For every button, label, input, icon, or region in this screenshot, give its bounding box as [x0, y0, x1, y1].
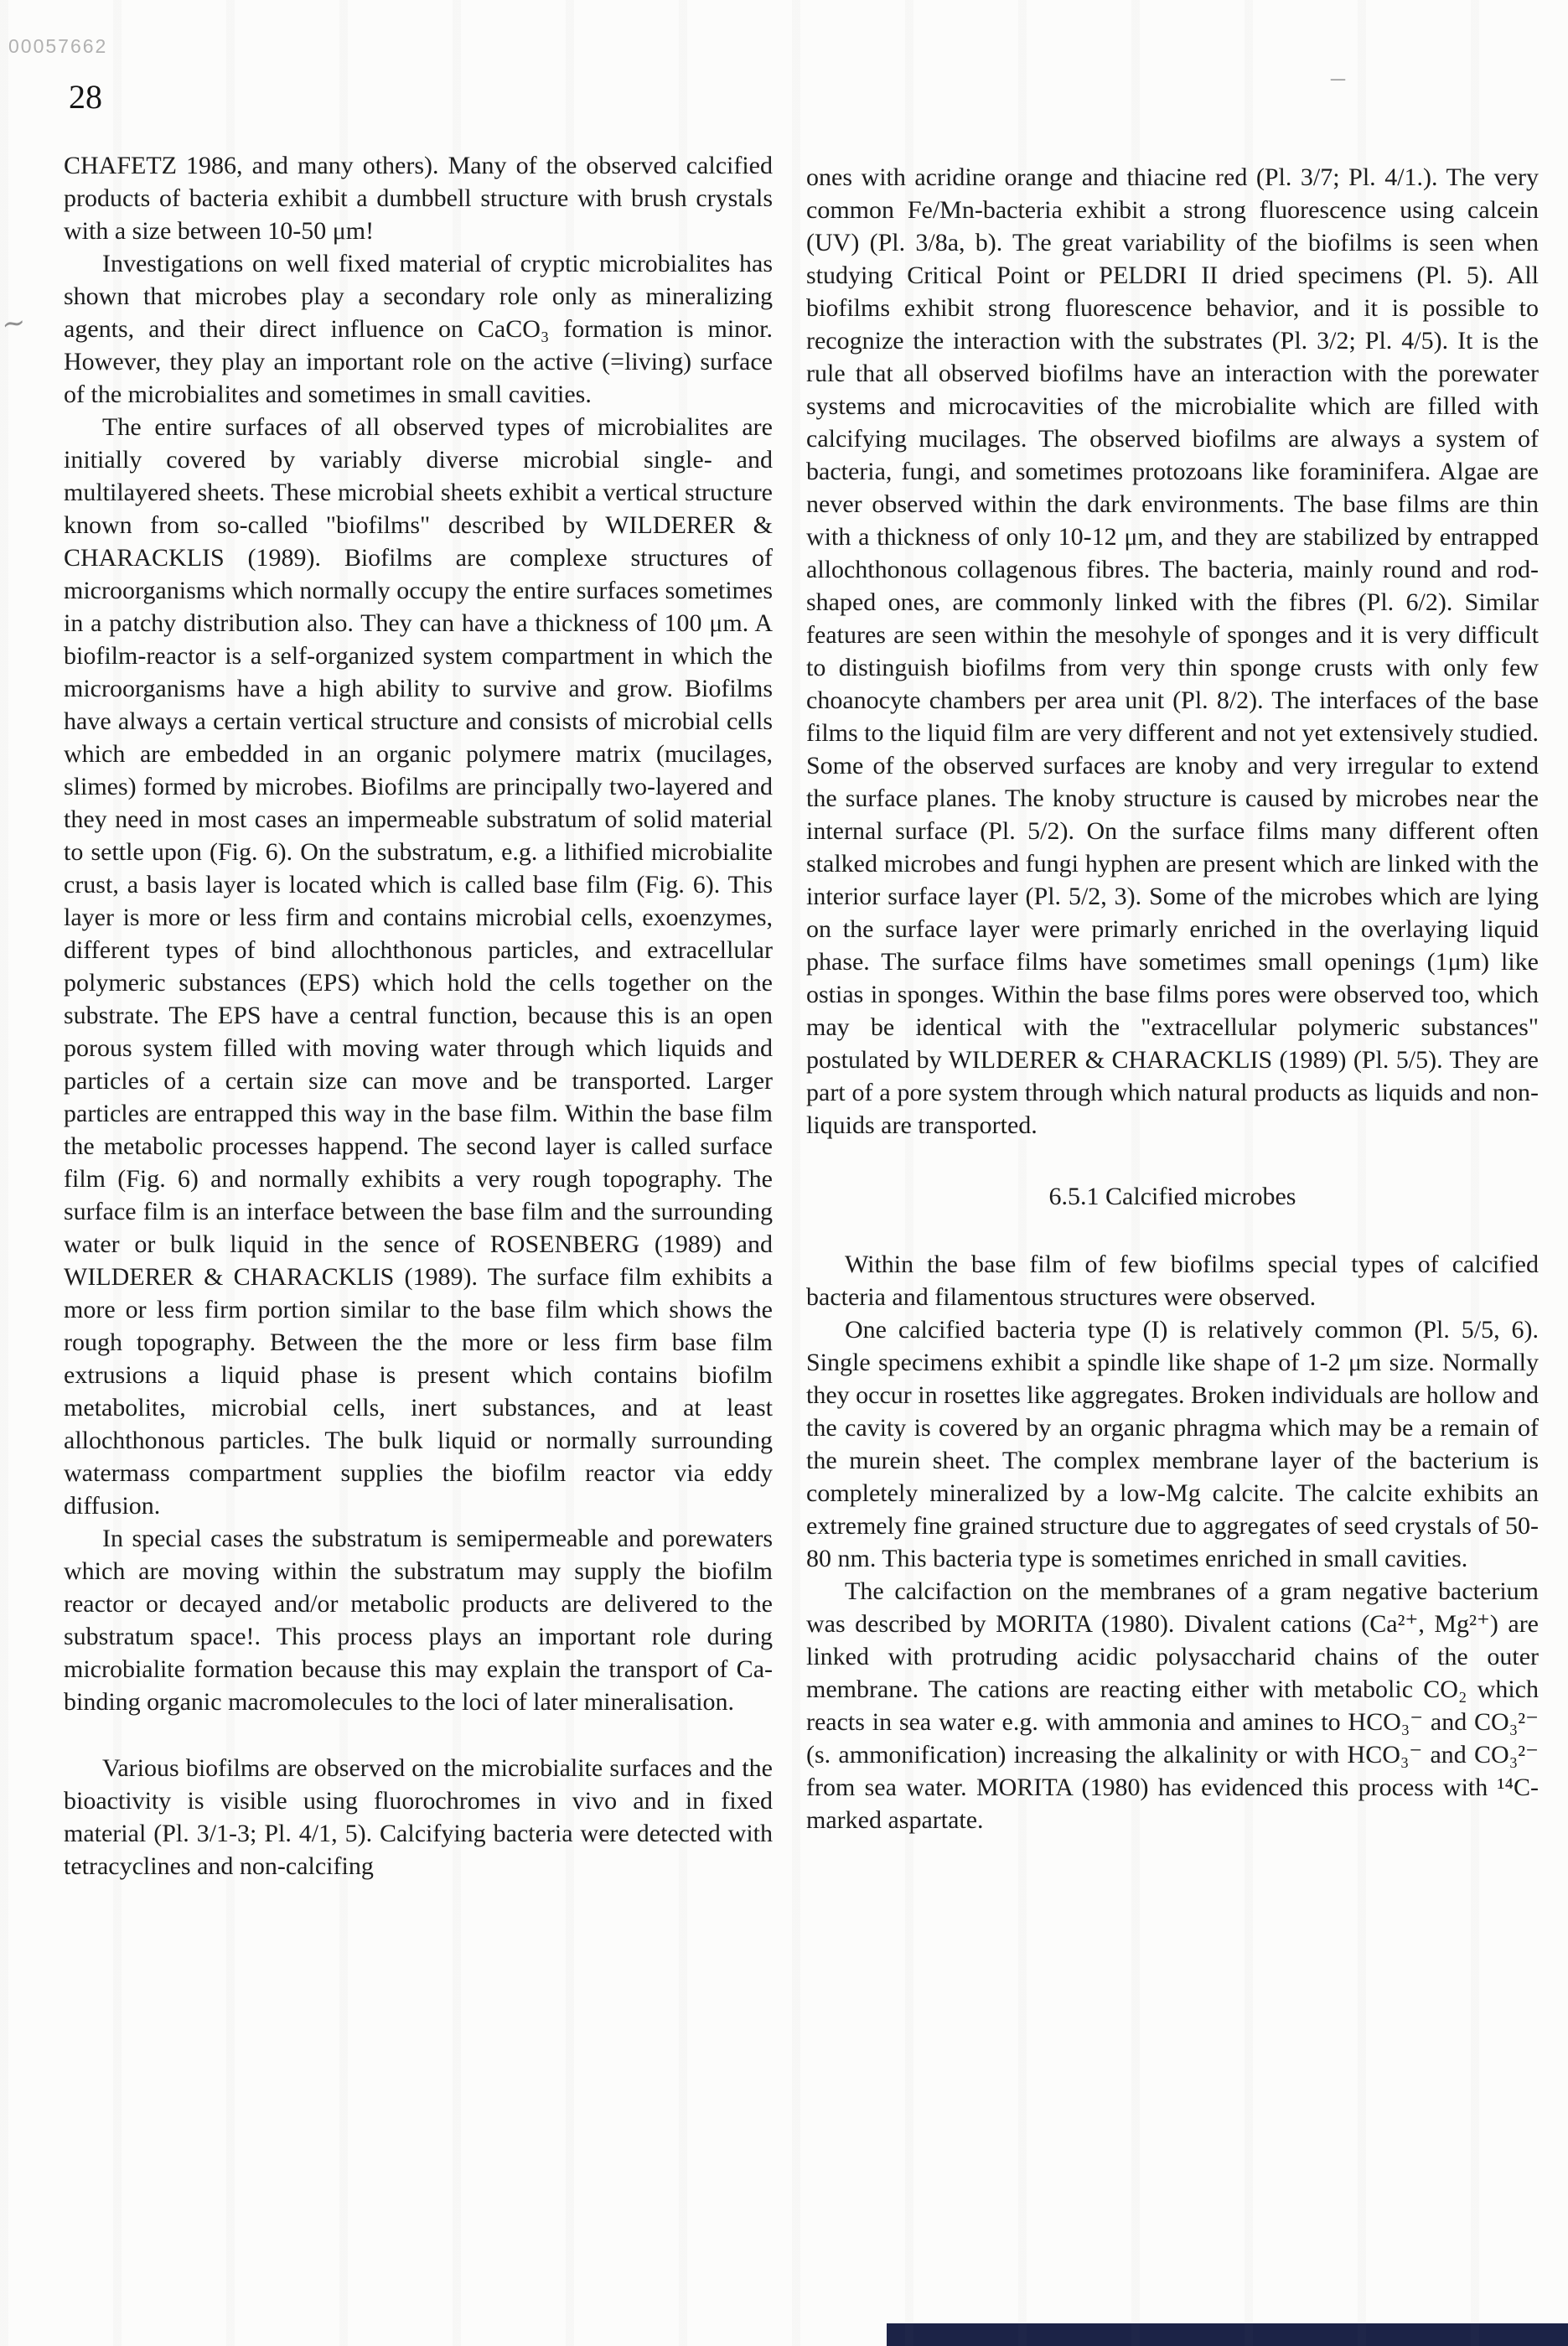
margin-squiggle-mark: ∼: [0, 305, 28, 342]
right-text-column: ones with acridine orange and thiacine r…: [806, 161, 1539, 1836]
scan-id-stamp: 00057662: [8, 35, 107, 58]
paragraph-chafetz-dumbbell: CHAFETZ 1986, and many others). Many of …: [64, 149, 773, 247]
scan-dash-artifact: –: [1331, 62, 1345, 94]
paragraph-biofilm-structure: The entire surfaces of all observed type…: [64, 411, 773, 1522]
section-heading-calcified-microbes: 6.5.1 Calcified microbes: [806, 1180, 1539, 1213]
page-number: 28: [69, 77, 102, 117]
paragraph-various-biofilms: Various biofilms are observed on the mic…: [64, 1752, 773, 1882]
paragraph-fluorescence-continuation: ones with acridine orange and thiacine r…: [806, 161, 1539, 1142]
left-text-column: CHAFETZ 1986, and many others). Many of …: [64, 149, 773, 1882]
paragraph-calcified-bacteria-type: One calcified bacteria type (I) is relat…: [806, 1313, 1539, 1575]
paragraph-special-cases: In special cases the substratum is semip…: [64, 1522, 773, 1718]
scan-edge-bar: [887, 2323, 1568, 2346]
scanned-page: 00057662 28 ∼ – CHAFETZ 1986, and many o…: [0, 0, 1568, 2346]
paragraph-investigations: Investigations on well fixed material of…: [64, 247, 773, 411]
paragraph-within-base-film: Within the base film of few biofilms spe…: [806, 1248, 1539, 1313]
paragraph-calcifaction-morita: The calcifaction on the membranes of a g…: [806, 1575, 1539, 1836]
